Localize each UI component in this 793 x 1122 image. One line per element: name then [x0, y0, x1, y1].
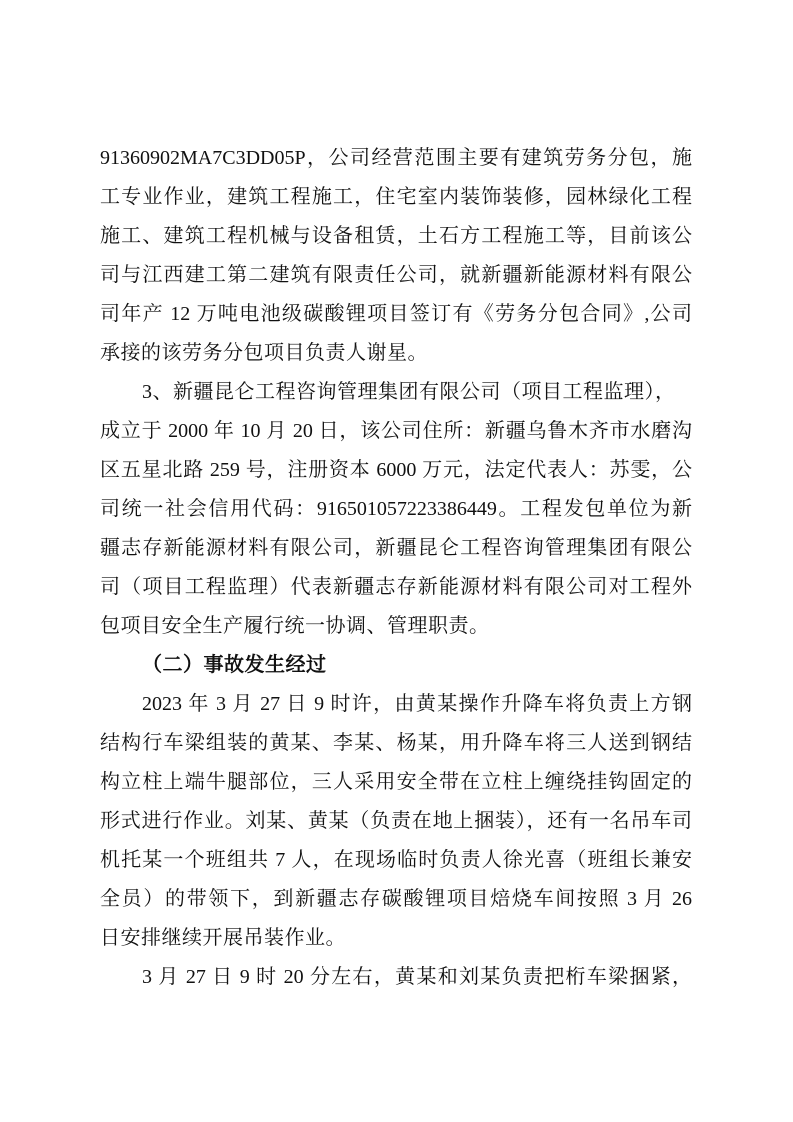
text-line: 3 月 27 日 9 时 20 分左右，黄某和刘某负责把桁车梁捆紧，: [100, 958, 692, 997]
text-line: 形式进行作业。刘某、黄某（负责在地上捆装），还有一名吊车司: [100, 802, 692, 841]
text-line: 司年产 12 万吨电池级碳酸锂项目签订有《劳务分包合同》,公司: [100, 295, 692, 334]
text-line: 成立于 2000 年 10 月 20 日，该公司住所：新疆乌鲁木齐市水磨沟: [100, 412, 692, 451]
text-line: 全员）的带领下，到新疆志存碳酸锂项目焙烧车间按照 3 月 26: [100, 880, 692, 919]
text-line: 司统一社会信用代码：916501057223386449。工程发包单位为新: [100, 490, 692, 529]
text-line: 司（项目工程监理）代表新疆志存新能源材料有限公司对工程外: [100, 568, 692, 607]
text-line: 2023 年 3 月 27 日 9 时许，由黄某操作升降车将负责上方钢: [100, 685, 692, 724]
text-line: 司与江西建工第二建筑有限责任公司，就新疆新能源材料有限公: [100, 256, 692, 295]
text-line: 日安排继续开展吊装作业。: [100, 919, 692, 958]
text-line: 3、新疆昆仑工程咨询管理集团有限公司（项目工程监理），: [100, 373, 692, 412]
section-heading: （二）事故发生经过: [100, 646, 692, 685]
text-line: 包项目安全生产履行统一协调、管理职责。: [100, 607, 692, 646]
document-body: 91360902MA7C3DD05P，公司经营范围主要有建筑劳务分包，施工专业作…: [100, 139, 692, 997]
text-line: 工专业作业，建筑工程施工，住宅室内装饰装修，园林绿化工程: [100, 178, 692, 217]
text-line: 91360902MA7C3DD05P，公司经营范围主要有建筑劳务分包，施: [100, 139, 692, 178]
document-page: 91360902MA7C3DD05P，公司经营范围主要有建筑劳务分包，施工专业作…: [0, 0, 793, 1122]
text-line: 机托某一个班组共 7 人，在现场临时负责人徐光喜（班组长兼安: [100, 841, 692, 880]
text-line: 结构行车梁组装的黄某、李某、杨某，用升降车将三人送到钢结: [100, 724, 692, 763]
text-line: 疆志存新能源材料有限公司，新疆昆仑工程咨询管理集团有限公: [100, 529, 692, 568]
text-line: 构立柱上端牛腿部位，三人采用安全带在立柱上缠绕挂钩固定的: [100, 763, 692, 802]
text-line: 施工、建筑工程机械与设备租赁，土石方工程施工等，目前该公: [100, 217, 692, 256]
text-line: 区五星北路 259 号，注册资本 6000 万元，法定代表人：苏雯，公: [100, 451, 692, 490]
text-line: 承接的该劳务分包项目负责人谢星。: [100, 334, 692, 373]
